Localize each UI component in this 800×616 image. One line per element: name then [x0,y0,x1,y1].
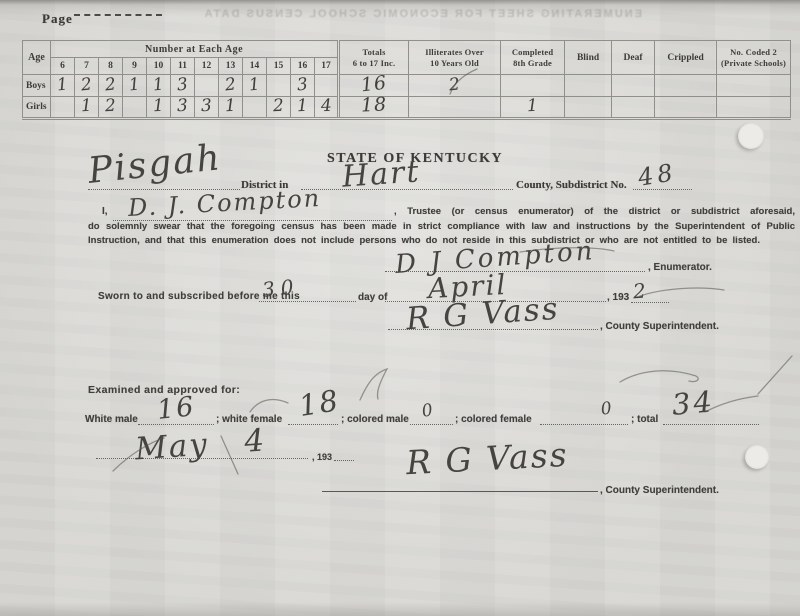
blind-header: Blind [565,41,612,75]
table-cell: 1 [243,75,267,97]
boys-illiterates-cell: 2 [409,75,501,97]
oath-line-1: , Trustee (or census enumerator) of the … [394,206,795,217]
handwritten-count: 1 [527,100,539,114]
handwritten-count: 1 [248,78,260,93]
handwritten-count: 1 [81,100,93,114]
age-9-header: 9 [123,58,147,75]
page-blank-line [74,14,162,16]
header-line: Completed [512,47,553,57]
table-cell: 2 [219,75,243,97]
colored-male-handwritten: 0 [421,402,435,421]
table-cell: 2 [75,75,99,97]
handwritten-count: 3 [177,100,189,114]
age-6-header: 6 [51,58,75,75]
handwritten-count: 2 [273,100,285,114]
table-cell: 1 [123,75,147,97]
colored-female-handwritten: 0 [600,400,613,418]
table-cell: 3 [171,97,195,119]
oath-line-3: Instruction, and that this enumeration d… [88,235,760,246]
handwritten-count: 2 [104,78,116,93]
subdistrict-no-handwritten: 48 [636,160,678,190]
handwritten-count: 3 [296,78,308,93]
table-cell [315,75,339,97]
white-male-label: White male [85,414,138,425]
table-cell: 1 [219,97,243,119]
age-15-header: 15 [267,58,291,75]
age-17-header: 17 [315,58,339,75]
illiterates-header: Illiterates Over 10 Years Old [409,41,501,75]
table-cell: 2 [267,97,291,119]
handwritten-count: 1 [297,100,309,114]
header-line: 8th Grade [513,58,552,68]
girls-completed-cell: 1 [501,97,565,119]
table-cell [195,75,219,97]
approval-county-superintendent-label: , County Superintendent. [600,485,719,496]
table-cell: 1 [291,97,315,119]
year-flourish [640,288,724,296]
i-prefix-label: I, [102,206,108,217]
table-cell: 1 [147,75,171,97]
handwritten-count: 3 [176,78,188,93]
white-female-blank-line [288,424,338,425]
age-10-header: 10 [147,58,171,75]
handwritten-total: 18 [361,97,388,114]
trustee-name-handwritten: D. J. Compton [128,186,322,220]
header-line: Totals [363,47,386,57]
handwritten-count: 2 [448,78,460,93]
county-superintendent-label: , County Superintendent. [600,321,719,332]
age-14-header: 14 [243,58,267,75]
approval-superintendent-signature-handwritten: R G Vass [405,438,569,479]
handwritten-count: 1 [152,78,164,93]
table-cell [501,75,565,97]
age-13-header: 13 [219,58,243,75]
header-line: 10 Years Old [430,58,479,68]
boys-row-label: Boys [23,75,51,97]
table-cell [717,75,791,97]
year-prefix-label: , 193 [607,292,629,303]
census-form-page: ENUMERATING SHEET FOR ECONOMIC SCHOOL CE… [0,0,800,616]
handwritten-count: 1 [225,100,237,114]
district-name-handwritten: Pisgah [86,140,223,190]
age-8-header: 8 [99,58,123,75]
header-line: No. Coded 2 [730,47,777,57]
colored-female-label: ; colored female [455,414,532,425]
oath-line-2: do solemnly swear that the foregoing cen… [88,221,795,232]
handwritten-count: 2 [105,100,117,114]
county-name-handwritten: Hart [341,157,421,192]
punch-hole [745,445,769,469]
age-7-header: 7 [75,58,99,75]
table-cell [717,97,791,119]
table-cell: 4 [315,97,339,119]
table-cell: 2 [99,97,123,119]
table-cell [409,97,501,119]
header-line: (Private Schools) [721,58,786,68]
approval-year-prefix-label: , 193 [312,452,332,462]
table-cell: 1 [75,97,99,119]
table-row-girls: Girls 1 2 1 3 3 1 2 1 4 18 1 [23,97,791,119]
sworn-day-handwritten: 30 [261,276,300,300]
colored-male-label: ; colored male [341,414,409,425]
page-label: Page [42,11,73,27]
approval-signature-line [322,491,598,492]
girls-row-label: Girls [23,97,51,119]
age-12-header: 12 [195,58,219,75]
handwritten-count: 1 [153,100,165,114]
header-line: 6 to 17 Inc. [353,58,396,68]
handwritten-count: 2 [224,78,236,93]
table-cell [565,97,612,119]
table-cell: 3 [171,75,195,97]
white-male-blank-line [138,424,214,425]
header-line: Illiterates Over [425,47,484,57]
table-cell: 1 [51,75,75,97]
table-cell [267,75,291,97]
deaf-header: Deaf [612,41,655,75]
handwritten-count: 2 [80,78,92,93]
completed-8th-grade-header: Completed 8th Grade [501,41,565,75]
sworn-day-blank-line [259,301,356,302]
enumerator-label: , Enumerator. [648,262,712,273]
table-cell [655,97,717,119]
table-cell [123,97,147,119]
white-male-handwritten: 16 [156,393,197,424]
no-coded-header: No. Coded 2 (Private Schools) [717,41,791,75]
age-column-header: Age [23,41,51,75]
handwritten-count: 4 [320,100,332,114]
table-cell: 1 [147,97,171,119]
table-cell [612,75,655,97]
table-cell [51,97,75,119]
total-handwritten: 34 [671,387,716,420]
handwritten-count: 3 [201,100,213,114]
punch-hole [738,123,764,149]
table-cell [565,75,612,97]
table-row-boys: Boys 1 2 2 1 1 3 2 1 3 16 2 [23,75,791,97]
bleed-through-title: ENUMERATING SHEET FOR ECONOMIC SCHOOL CE… [222,8,642,20]
crippled-header: Crippled [655,41,717,75]
number-at-each-age-header: Number at Each Age [51,41,339,58]
age-11-header: 11 [171,58,195,75]
totals-header: Totals 6 to 17 Inc. [339,41,409,75]
girls-total-cell: 18 [339,97,409,119]
stray-curl-mark [620,371,698,382]
table-cell: 2 [99,75,123,97]
approval-year-blank-line [334,460,354,461]
handwritten-total: 16 [360,75,388,93]
age-16-header: 16 [291,58,315,75]
day-of-label: day of [358,292,387,303]
table-cell [612,97,655,119]
colored-male-blank-line [410,424,453,425]
total-label: ; total [631,414,658,425]
stray-check-mark [360,369,387,400]
table-cell: 3 [291,75,315,97]
total-blank-line [663,424,759,425]
table-cell [655,75,717,97]
census-table: Age Number at Each Age Totals 6 to 17 In… [22,40,791,120]
white-female-handwritten: 18 [297,386,342,421]
county-subdistrict-label: County, Subdistrict No. [516,179,627,191]
handwritten-count: 1 [128,78,140,93]
approval-date-handwritten: May 4 [134,425,267,465]
table-cell [243,97,267,119]
stray-curl-mark-2 [250,400,288,412]
table-cell: 3 [195,97,219,119]
year-digit-handwritten: 2 [632,281,646,302]
colored-female-blank-line [540,424,628,425]
stray-diagonal-mark [758,356,792,394]
handwritten-count: 1 [56,78,68,93]
